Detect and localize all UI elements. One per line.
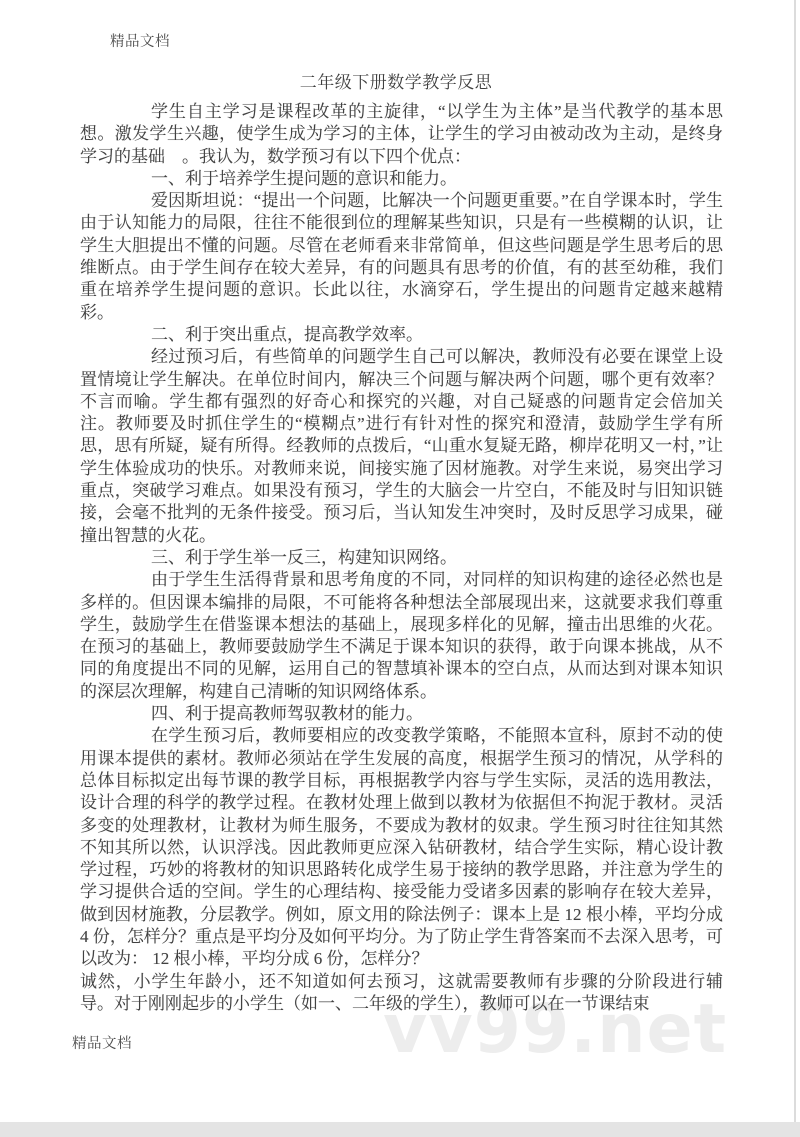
paragraph: 经过预习后，有些简单的问题学生自己可以解决，教师没有必要在课堂上设置情境让学生解…	[80, 346, 723, 547]
paragraph: 由于学生生活得背景和思考角度的不同，对同样的知识构建的途径必然也是多样的。但因课…	[80, 569, 723, 703]
page-edge-divider	[794, 0, 796, 1122]
section-heading: 三、利于学生举一反三，构建知识网络。	[80, 547, 723, 569]
paragraph: 爱因斯坦说：“提出一个问题，比解决一个问题更重要。”在自学课本时，学生由于认知能…	[80, 190, 723, 324]
document-body: 学生自主学习是课程改革的主旋律，“以学生为主体”是当代教学的基本思想。激发学生兴…	[80, 101, 723, 1015]
page-title: 二年级下册数学教学反思	[0, 68, 792, 93]
footer-brand-label: 精品文档	[72, 1032, 132, 1053]
document-page: 精品文档 二年级下册数学教学反思 vv99.net 学生自主学习是课程改革的主旋…	[0, 0, 800, 1137]
section-heading: 二、利于突出重点，提高教学效率。	[80, 324, 723, 346]
paragraph: 在学生预习后，教师要相应的改变教学策略，不能照本宣科，原封不动的使用课本提供的素…	[80, 725, 723, 970]
section-heading: 一、利于培养学生提问题的意识和能力。	[80, 168, 723, 190]
header-brand-label: 精品文档	[110, 30, 170, 51]
paragraph: 学生自主学习是课程改革的主旋律，“以学生为主体”是当代教学的基本思想。激发学生兴…	[80, 101, 723, 168]
page-bottom-margin-strip	[0, 1122, 800, 1137]
section-heading: 四、利于提高教师驾驭教材的能力。	[80, 703, 723, 725]
paragraph: 诚然，小学生年龄小，还不知道如何去预习，这就需要教师有步骤的分阶段进行辅导。对于…	[80, 971, 723, 1016]
